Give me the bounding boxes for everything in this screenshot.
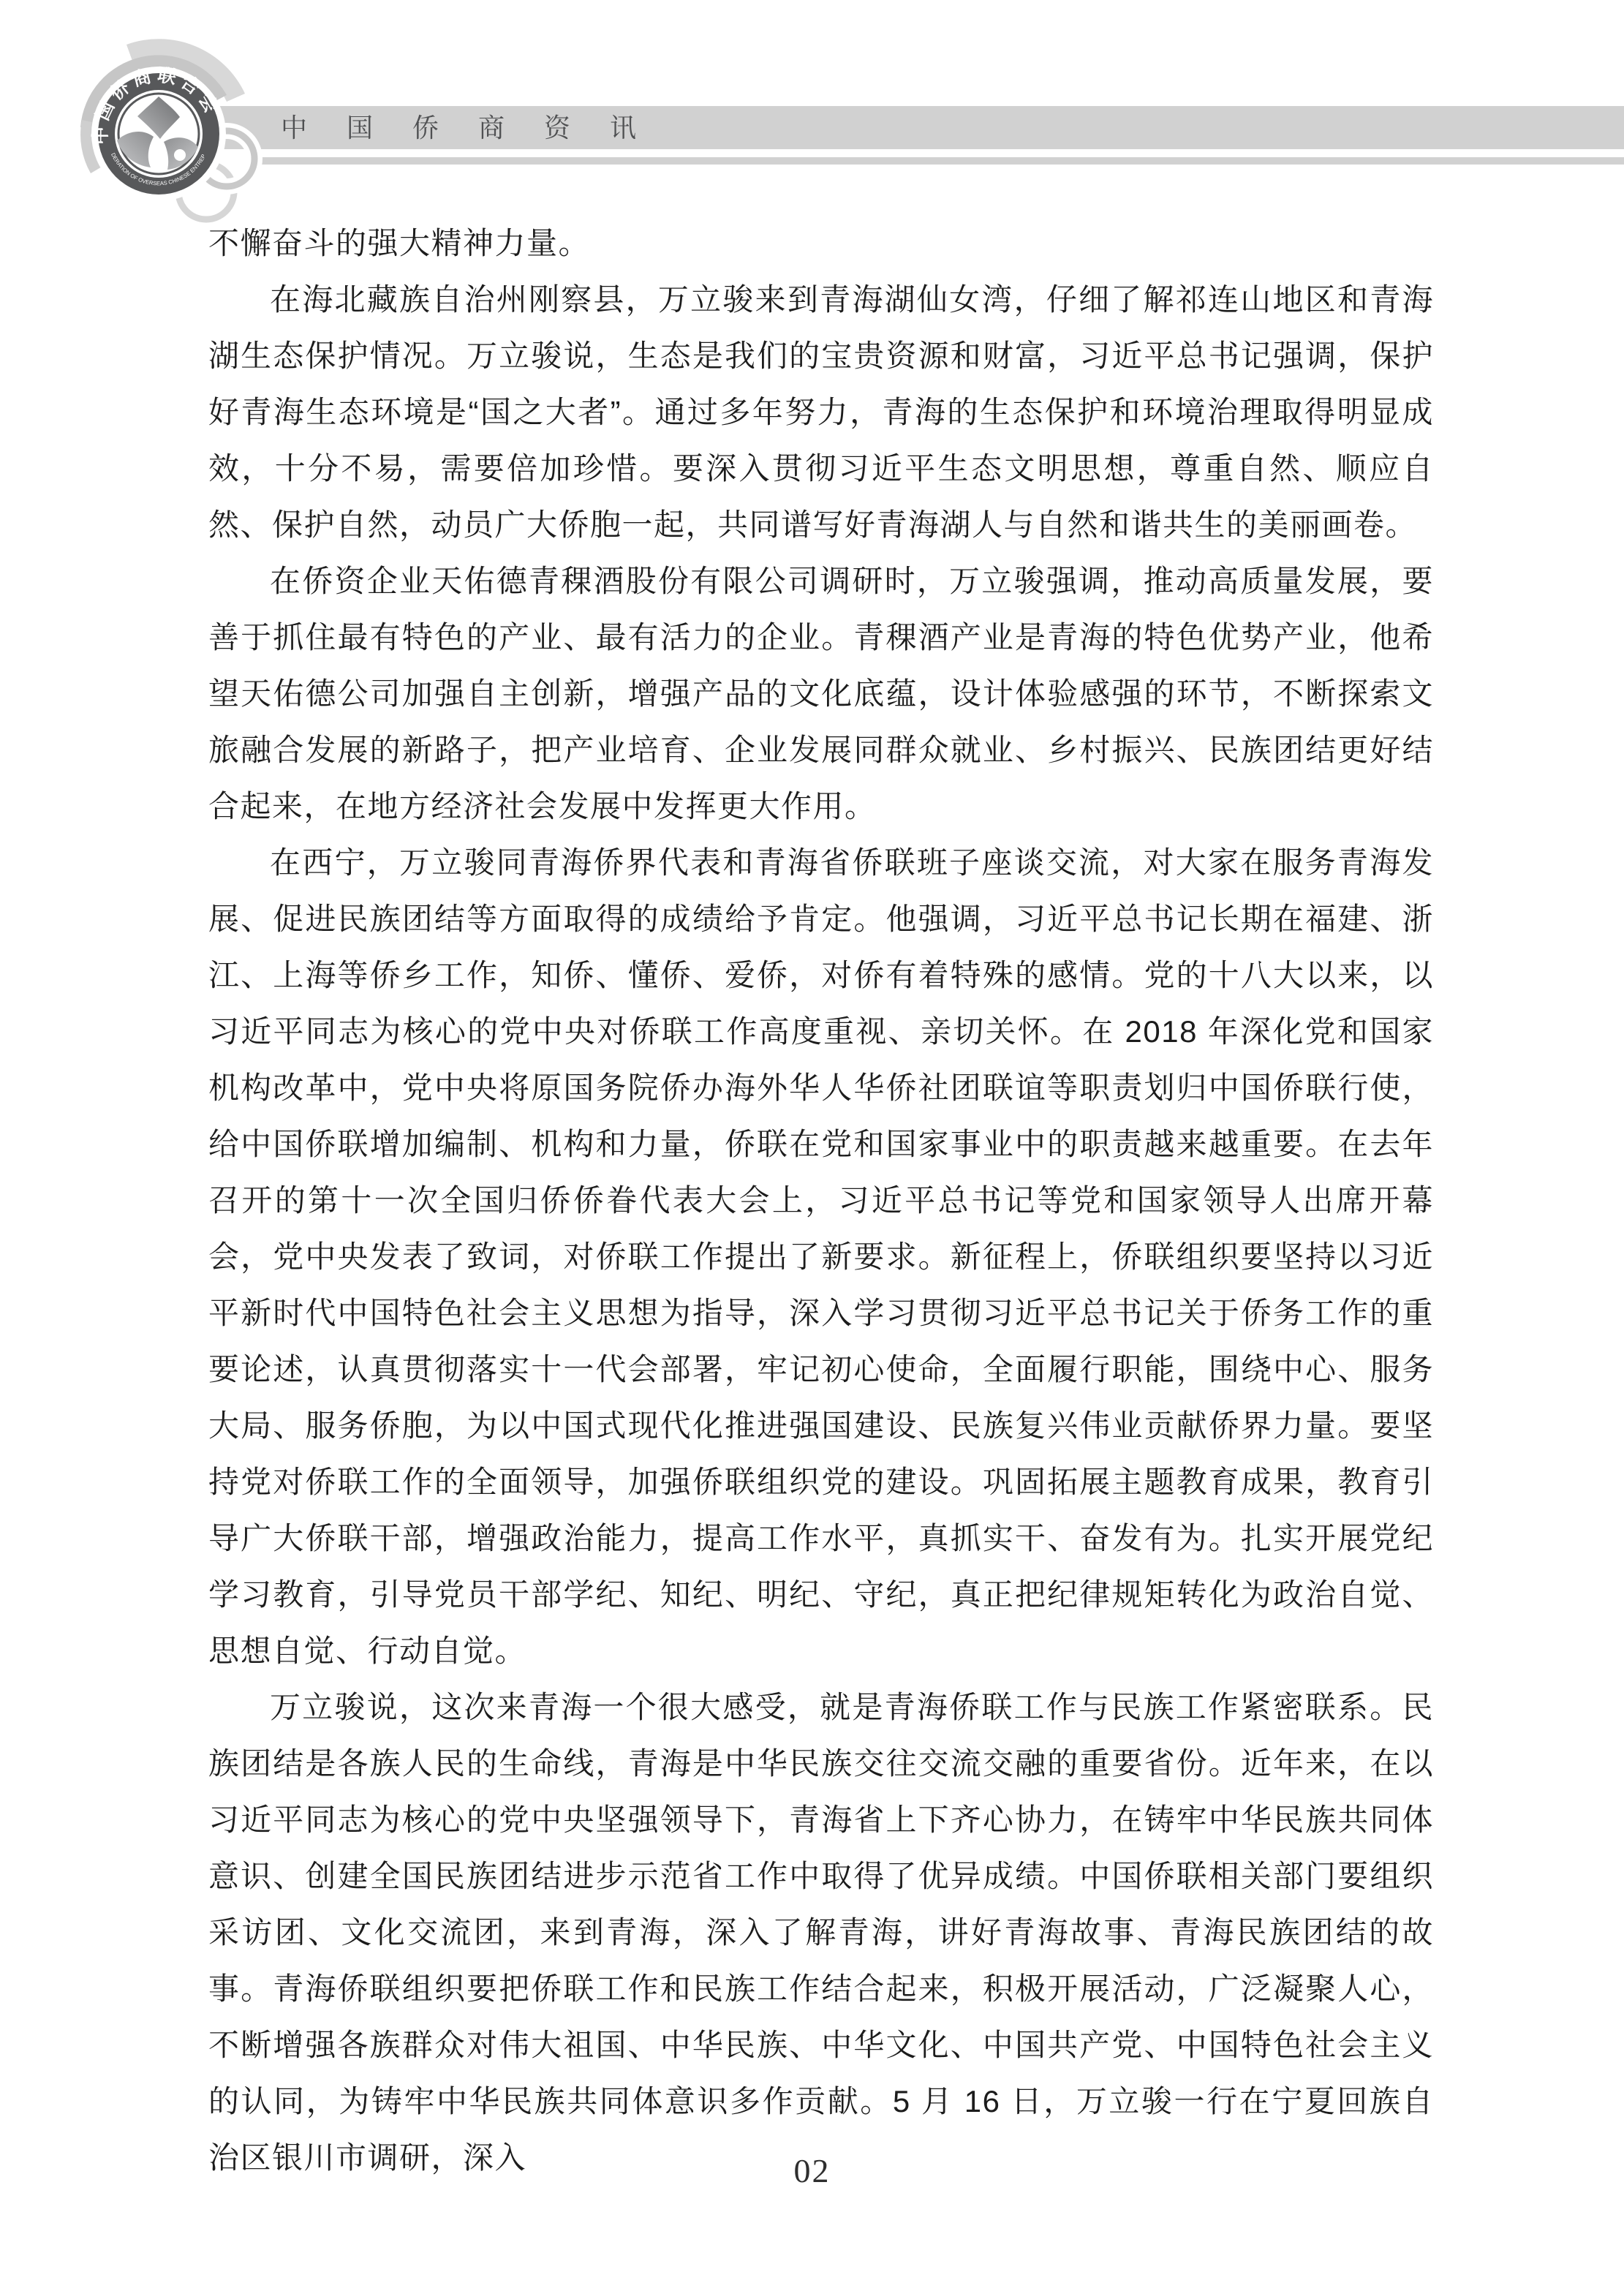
paragraph: 不懈奋斗的强大精神力量。 [208,215,1434,271]
paragraph: 在侨资企业天佑德青稞酒股份有限公司调研时，万立骏强调，推动高质量发展，要善于抓住… [208,553,1434,834]
page-number: 02 [0,2151,1624,2190]
paragraph: 万立骏说，这次来青海一个很大感受，就是青海侨联工作与民族工作紧密联系。民族团结是… [208,1679,1434,2186]
article-body: 不懈奋斗的强大精神力量。 在海北藏族自治州刚察县，万立骏来到青海湖仙女湾，仔细了… [208,215,1434,2186]
org-logo-badge: 中国侨商联合会 CHINA FEDERATION OF OVERSEAS CHI… [22,7,226,201]
masthead-title: 中国侨商资讯 [281,106,676,149]
masthead-underline-bar [246,157,1624,165]
page: 中国侨商资讯 [0,0,1624,2272]
paragraph: 在西宁，万立骏同青海侨界代表和青海省侨联班子座谈交流，对大家在服务青海发展、促进… [208,834,1434,1679]
paragraph: 在海北藏族自治州刚察县，万立骏来到青海湖仙女湾，仔细了解祁连山地区和青海湖生态保… [208,271,1434,553]
org-logo: 中国侨商联合会 CHINA FEDERATION OF OVERSEAS CHI… [22,7,329,256]
